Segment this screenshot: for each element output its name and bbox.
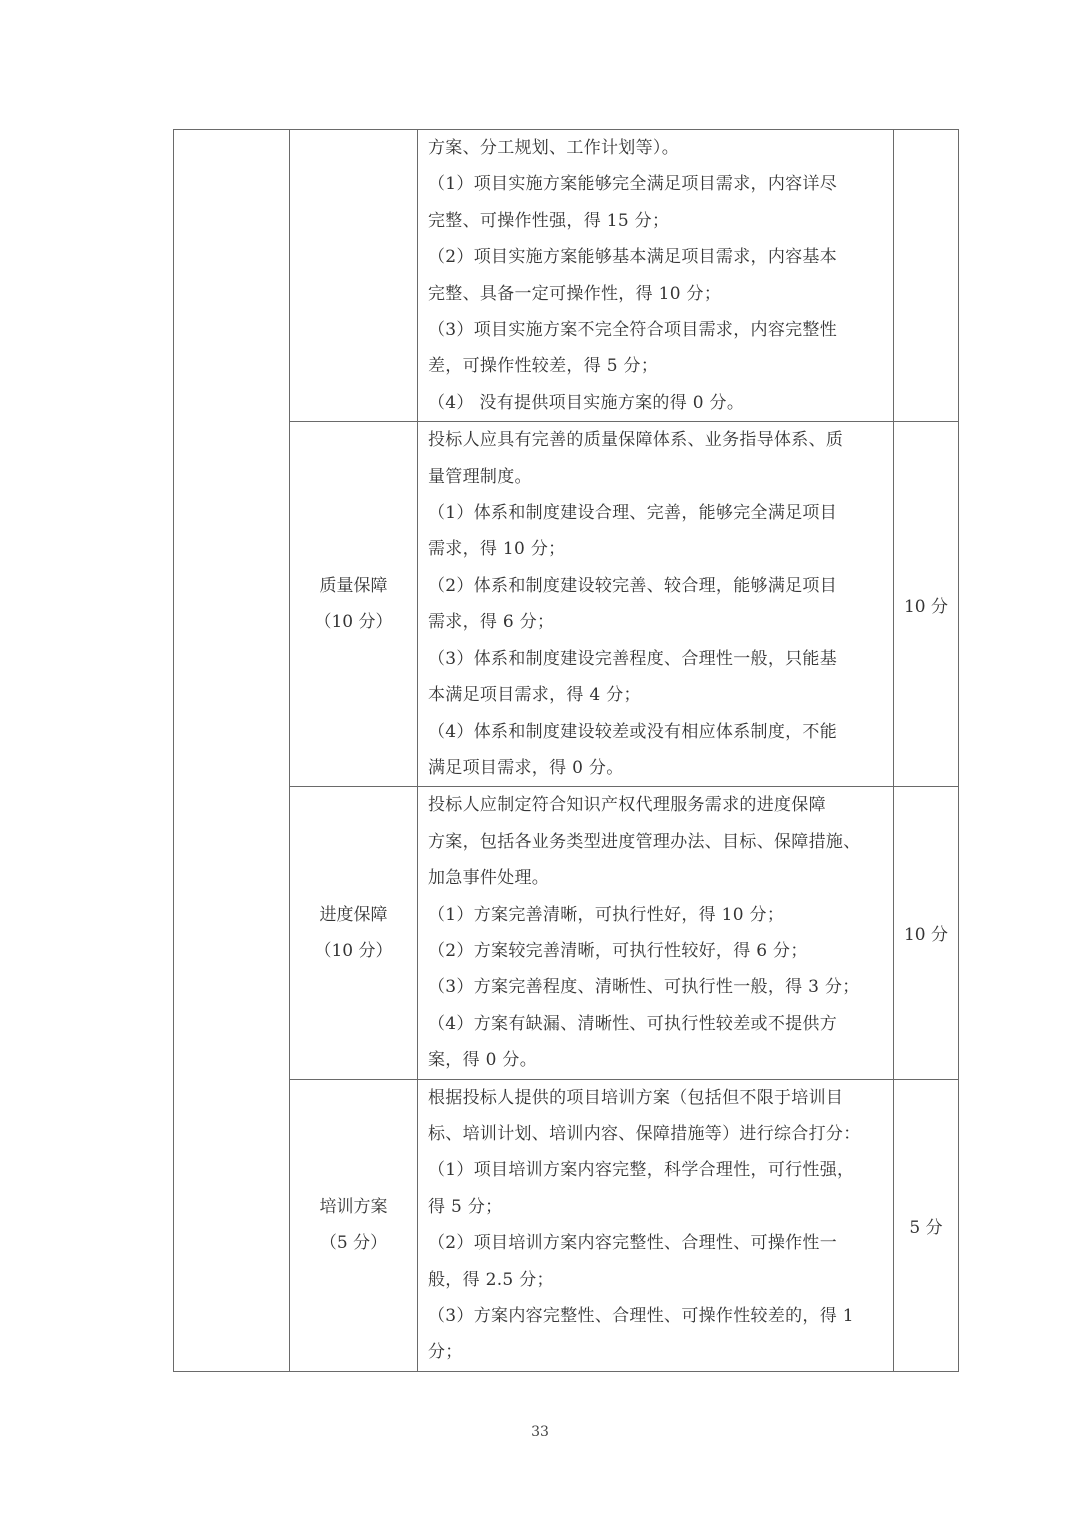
score-cell: 10 分 bbox=[894, 787, 959, 1079]
table-row: 培训方案 （5 分） 根据投标人提供的项目培训方案（包括但不限于培训目 标、培训… bbox=[174, 1079, 959, 1371]
item-points: （5 分） bbox=[290, 1225, 417, 1261]
item-label: 培训方案 bbox=[290, 1189, 417, 1225]
table-row: 质量保障 （10 分） 投标人应具有完善的质量保障体系、业务指导体系、质 量管理… bbox=[174, 422, 959, 787]
criteria-line: 加急事件处理。 bbox=[428, 860, 885, 896]
criteria-line: 完整、可操作性强，得 15 分； bbox=[428, 203, 885, 239]
criteria-line: （3）方案完善程度、清晰性、可执行性一般，得 3 分； bbox=[428, 969, 885, 1005]
criteria-line: 般，得 2.5 分； bbox=[428, 1262, 885, 1298]
criteria-line: 投标人应具有完善的质量保障体系、业务指导体系、质 bbox=[428, 422, 885, 458]
criteria-line: （3）项目实施方案不完全符合项目需求，内容完整性 bbox=[428, 312, 885, 348]
criteria-line: 方案，包括各业务类型进度管理办法、目标、保障措施、 bbox=[428, 824, 885, 860]
criteria-line: 方案、分工规划、工作计划等）。 bbox=[428, 130, 885, 166]
criteria-line: 差，可操作性较差，得 5 分； bbox=[428, 348, 885, 384]
criteria-line: （2）项目实施方案能够基本满足项目需求，内容基本 bbox=[428, 239, 885, 275]
criteria-line: （1）项目培训方案内容完整，科学合理性，可行性强， bbox=[428, 1152, 885, 1188]
score-cell: 5 分 bbox=[894, 1079, 959, 1371]
table-row: 进度保障 （10 分） 投标人应制定符合知识产权代理服务需求的进度保障 方案，包… bbox=[174, 787, 959, 1079]
criteria-line: 投标人应制定符合知识产权代理服务需求的进度保障 bbox=[428, 787, 885, 823]
item-label: 质量保障 bbox=[290, 568, 417, 604]
criteria-line: （2）项目培训方案内容完整性、合理性、可操作性一 bbox=[428, 1225, 885, 1261]
item-cell: 进度保障 （10 分） bbox=[290, 787, 418, 1079]
criteria-line: （4）体系和制度建设较差或没有相应体系制度，不能 bbox=[428, 714, 885, 750]
criteria-line: 本满足项目需求，得 4 分； bbox=[428, 677, 885, 713]
criteria-cell: 投标人应制定符合知识产权代理服务需求的进度保障 方案，包括各业务类型进度管理办法… bbox=[418, 787, 894, 1079]
scoring-table: 方案、分工规划、工作计划等）。 （1）项目实施方案能够完全满足项目需求，内容详尽… bbox=[173, 129, 959, 1372]
criteria-line: （2）方案较完善清晰，可执行性较好，得 6 分； bbox=[428, 933, 885, 969]
criteria-line: 案，得 0 分。 bbox=[428, 1042, 885, 1078]
criteria-line: （4）方案有缺漏、清晰性、可执行性较差或不提供方 bbox=[428, 1006, 885, 1042]
criteria-line: （1）项目实施方案能够完全满足项目需求，内容详尽 bbox=[428, 166, 885, 202]
page-number: 33 bbox=[0, 1424, 1080, 1440]
criteria-line: （3）体系和制度建设完善程度、合理性一般，只能基 bbox=[428, 641, 885, 677]
criteria-line: 量管理制度。 bbox=[428, 459, 885, 495]
score-cell bbox=[894, 130, 959, 422]
criteria-line: 得 5 分； bbox=[428, 1189, 885, 1225]
table-row: 方案、分工规划、工作计划等）。 （1）项目实施方案能够完全满足项目需求，内容详尽… bbox=[174, 130, 959, 422]
criteria-cell: 根据投标人提供的项目培训方案（包括但不限于培训目 标、培训计划、培训内容、保障措… bbox=[418, 1079, 894, 1371]
criteria-line: 满足项目需求，得 0 分。 bbox=[428, 750, 885, 786]
item-cell: 质量保障 （10 分） bbox=[290, 422, 418, 787]
criteria-line: （1）方案完善清晰，可执行性好，得 10 分； bbox=[428, 897, 885, 933]
item-points: （10 分） bbox=[290, 933, 417, 969]
category-cell bbox=[174, 130, 290, 1372]
criteria-line: 标、培训计划、培训内容、保障措施等）进行综合打分： bbox=[428, 1116, 885, 1152]
criteria-line: 需求，得 10 分； bbox=[428, 531, 885, 567]
criteria-line: （4） 没有提供项目实施方案的得 0 分。 bbox=[428, 385, 885, 421]
criteria-line: 根据投标人提供的项目培训方案（包括但不限于培训目 bbox=[428, 1080, 885, 1116]
item-points: （10 分） bbox=[290, 604, 417, 640]
criteria-line: 需求，得 6 分； bbox=[428, 604, 885, 640]
item-cell bbox=[290, 130, 418, 422]
criteria-line: （2）体系和制度建设较完善、较合理，能够满足项目 bbox=[428, 568, 885, 604]
criteria-line: 完整、具备一定可操作性，得 10 分； bbox=[428, 276, 885, 312]
criteria-line: （3）方案内容完整性、合理性、可操作性较差的，得 1 bbox=[428, 1298, 885, 1334]
criteria-line: （1）体系和制度建设合理、完善，能够完全满足项目 bbox=[428, 495, 885, 531]
document-page: 方案、分工规划、工作计划等）。 （1）项目实施方案能够完全满足项目需求，内容详尽… bbox=[0, 0, 1080, 1527]
item-label: 进度保障 bbox=[290, 897, 417, 933]
score-cell: 10 分 bbox=[894, 422, 959, 787]
criteria-line: 分； bbox=[428, 1334, 885, 1370]
criteria-cell: 投标人应具有完善的质量保障体系、业务指导体系、质 量管理制度。 （1）体系和制度… bbox=[418, 422, 894, 787]
item-cell: 培训方案 （5 分） bbox=[290, 1079, 418, 1371]
criteria-cell: 方案、分工规划、工作计划等）。 （1）项目实施方案能够完全满足项目需求，内容详尽… bbox=[418, 130, 894, 422]
